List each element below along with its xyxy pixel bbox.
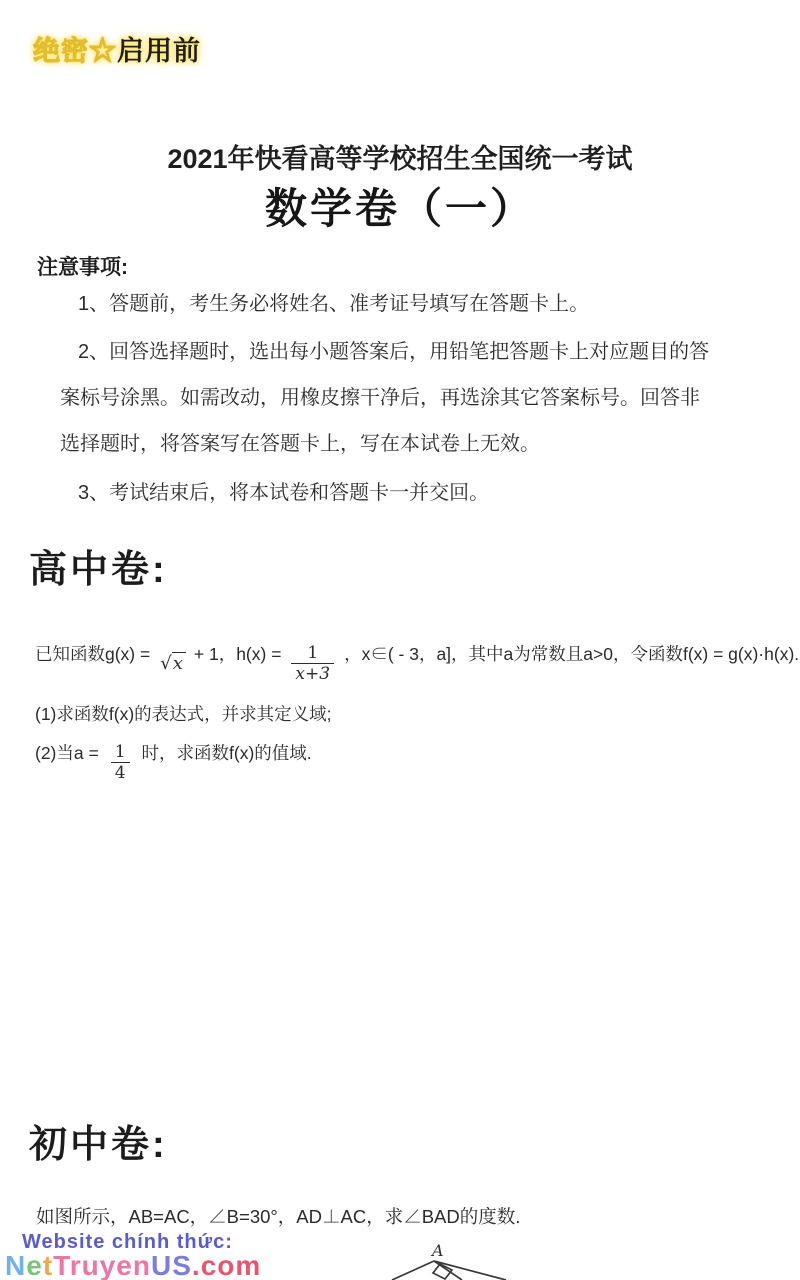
problem-seg2: + 1，h(x) =: [194, 644, 282, 664]
fraction-1-over-4: 14: [109, 743, 132, 784]
sqrt-radicand: x: [172, 652, 186, 674]
sqrt-x-expression: √x: [160, 653, 186, 674]
fraction-numerator: 1: [301, 644, 324, 663]
senior-problem-statement: 已知函数g(x) =√x+ 1，h(x) =1x+3，x∈( - 3，a]，其中…: [35, 641, 799, 682]
fraction-1-over-x-plus-3: 1x+3: [291, 644, 334, 685]
site-letter: n: [133, 1250, 151, 1280]
site-letter: T: [53, 1250, 70, 1280]
senior-question-2: (2)当a =14时，求函数f(x)的值域.: [35, 740, 312, 781]
senior-question-1: (1)求函数f(x)的表达式，并求其定义域;: [35, 701, 332, 726]
junior-problem-statement: 如图所示，AB=AC，∠B=30°，AD⊥AC，求∠BAD的度数.: [36, 1203, 520, 1229]
senior-section-heading: 高中卷:: [29, 538, 168, 593]
site-watermark: NetTruyenUS.com: [5, 1250, 261, 1280]
figure-vertex-label-a: A: [430, 1241, 444, 1260]
fraction-denominator: 4: [111, 762, 130, 784]
site-letter: r: [70, 1250, 82, 1280]
notice-line-4: 选择题时，将答案写在答题卡上，写在本试卷上无效。: [60, 427, 540, 456]
site-letter: e: [116, 1250, 133, 1280]
site-letter: .: [192, 1250, 201, 1280]
junior-section-heading: 初中卷:: [29, 1113, 168, 1168]
triangle-figure: A: [388, 1240, 538, 1280]
stamp-before-use-text: 启用前: [117, 36, 201, 66]
exam-paper-page: 绝密☆启用前 2021年快看高等学校招生全国统一考试 数学卷（一） 注意事项: …: [0, 0, 800, 1280]
site-letter: t: [43, 1250, 53, 1280]
notice-heading: 注意事项:: [37, 251, 128, 281]
site-letter: o: [217, 1250, 235, 1280]
fraction-denominator: x+3: [291, 663, 334, 685]
sqrt-sign: √: [160, 653, 171, 674]
site-letter: y: [100, 1250, 117, 1280]
problem-seg1: 已知函数g(x) =: [35, 644, 150, 664]
triangle-lines: [392, 1261, 506, 1280]
site-letter: m: [235, 1250, 261, 1280]
exam-subtitle: 数学卷（一）: [0, 176, 800, 236]
site-letter: S: [172, 1250, 192, 1280]
stamp-secret-text: 绝密☆: [33, 36, 117, 66]
notice-line-2: 2、回答选择题时，选出每小题答案后，用铅笔把答题卡上对应题目的答: [78, 335, 709, 364]
notice-line-3: 案标号涂黑。如需改动，用橡皮擦干净后，再选涂其它答案标号。回答非: [60, 381, 700, 410]
fraction-numerator: 1: [109, 743, 132, 762]
q2-prefix: (2)当a =: [35, 743, 99, 763]
secret-stamp: 绝密☆启用前: [33, 29, 201, 68]
site-letter: c: [201, 1250, 218, 1280]
site-letter: U: [151, 1250, 172, 1280]
notice-line-5: 3、考试结束后，将本试卷和答题卡一并交回。: [78, 476, 489, 505]
exam-title: 2021年快看高等学校招生全国统一考试: [0, 137, 800, 176]
q2-suffix: 时，求函数f(x)的值域.: [142, 743, 312, 763]
site-letter: e: [26, 1250, 43, 1280]
site-letter: u: [82, 1250, 100, 1280]
problem-seg3: ，x∈( - 3，a]，其中a为常数且a>0，令函数f(x) = g(x)·h(…: [344, 644, 799, 664]
notice-line-1: 1、答题前，考生务必将姓名、准考证号填写在答题卡上。: [78, 287, 589, 316]
site-letter: N: [5, 1250, 26, 1280]
